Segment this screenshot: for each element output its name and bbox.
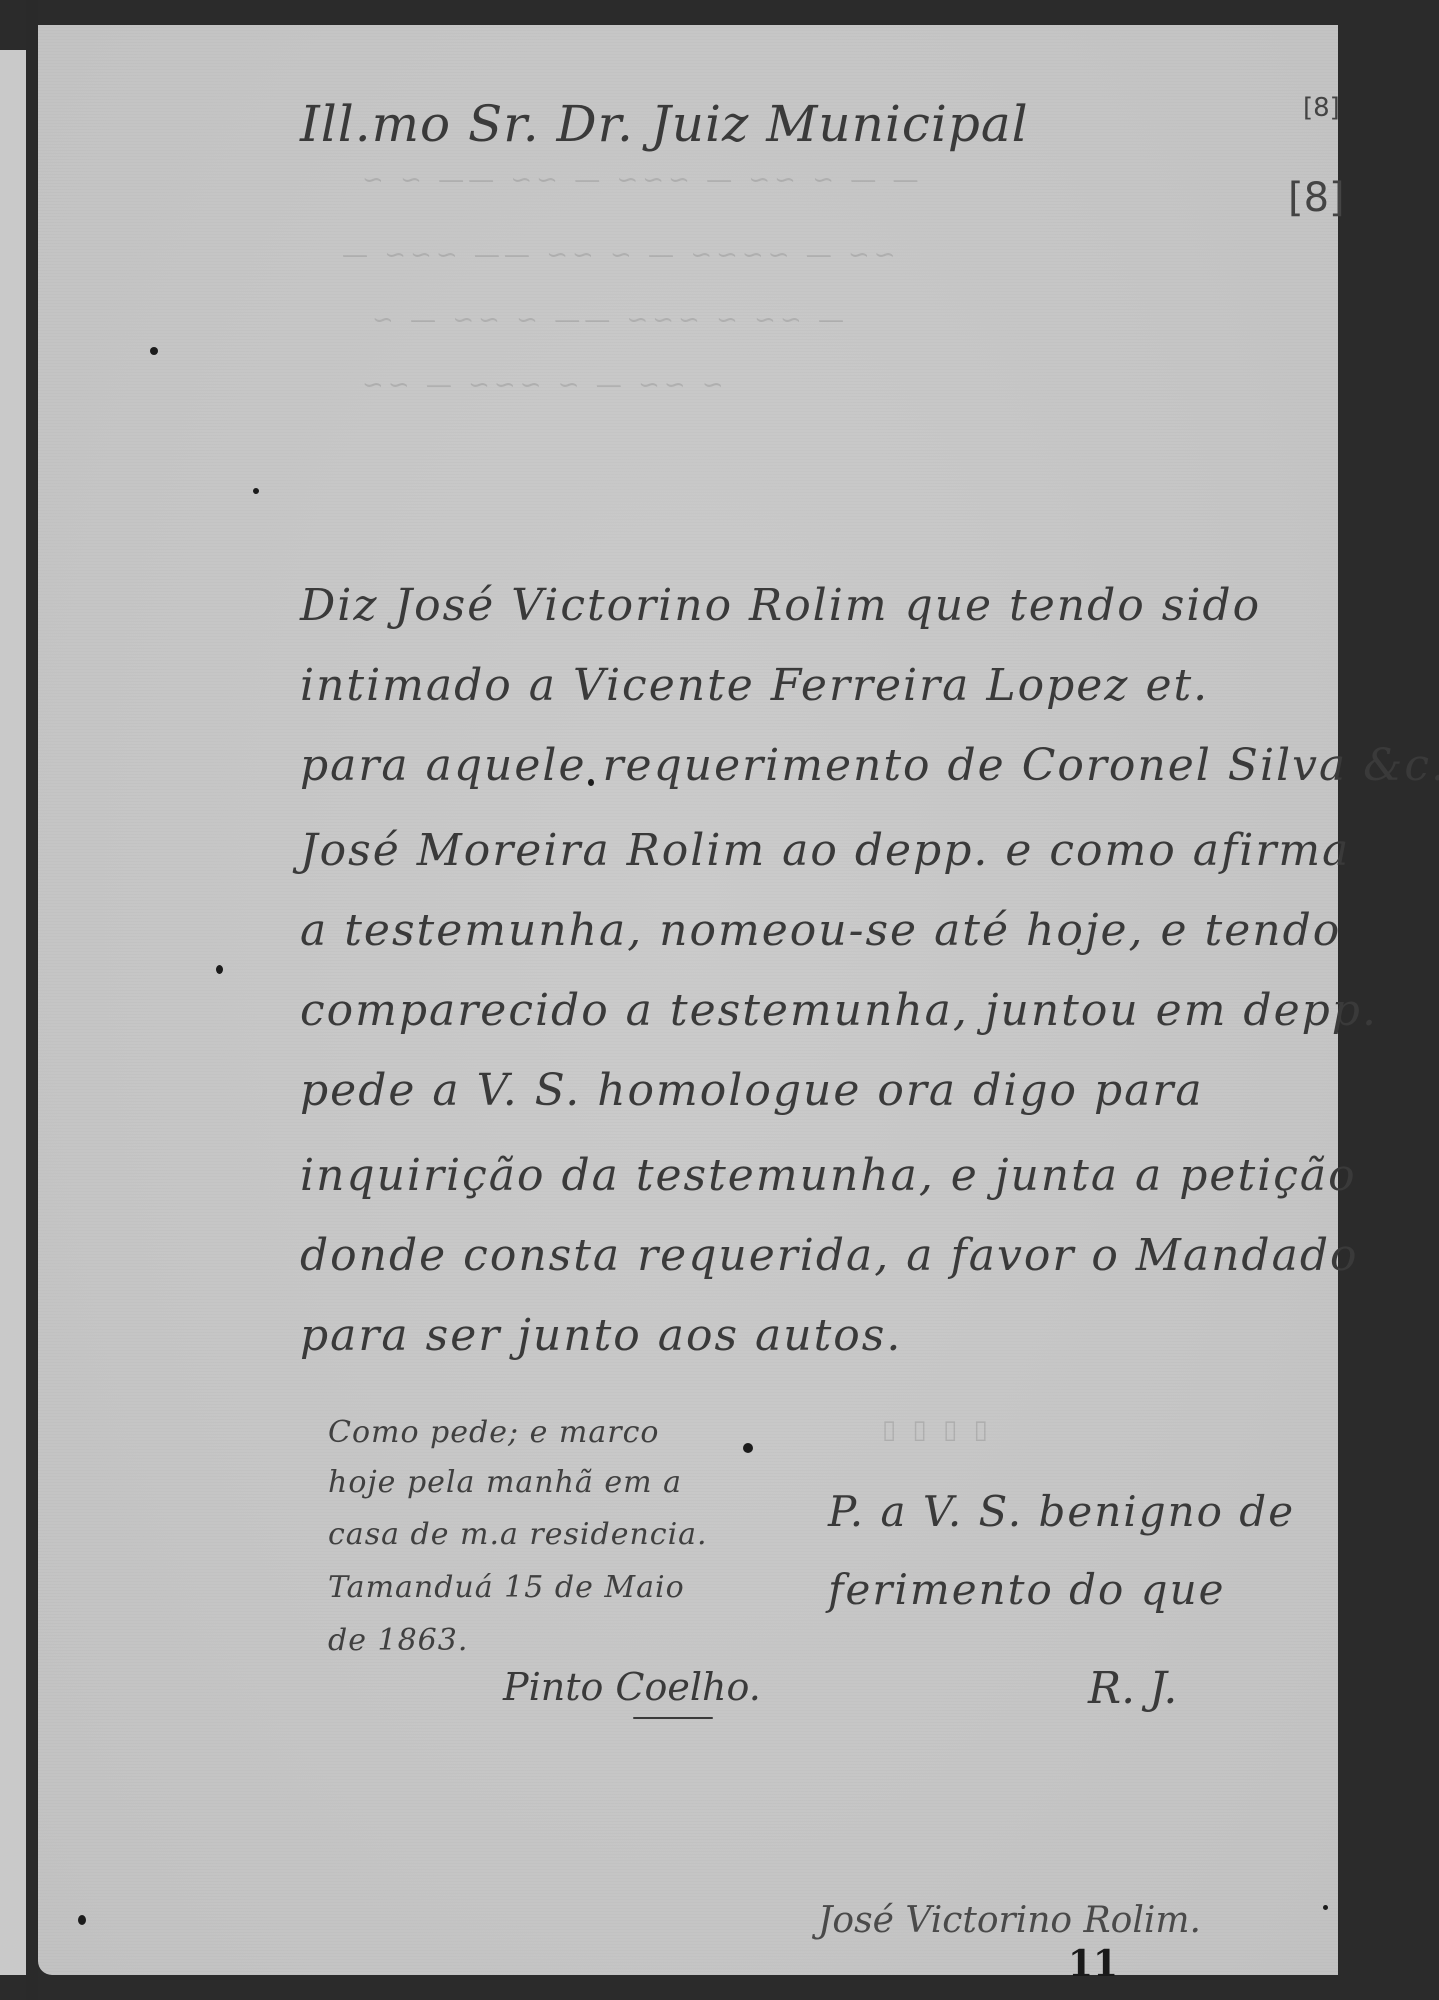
petition-line: comparecido a testemunha, juntou em depp… [300, 985, 1378, 1036]
petitioner-signature: José Victorino Rolim. [818, 1900, 1201, 1941]
page-mark: 11 [1068, 1943, 1118, 1985]
closing-abbreviation: R. J. [1088, 1663, 1177, 1714]
signature-underline [633, 1717, 713, 1719]
petition-line: José Moreira Rolim ao depp. e como afirm… [300, 825, 1350, 876]
ink-spot [216, 965, 223, 974]
bleed-through-text: — ~~ ~ ~~~ —— ~ ~~ — ~ [368, 305, 844, 335]
petition-line: para aquele requerimento de Coronel Silv… [300, 740, 1439, 791]
despacho-line: Como pede; e marco [328, 1415, 659, 1450]
manuscript-page: — — ~ ~~ — ~~~ — ~~ —— ~ ~ ~~ — ~~~~ — ~… [38, 25, 1338, 1975]
ink-spot [588, 779, 594, 786]
petition-line: a testemunha, nomeou-se até hoje, e tend… [300, 905, 1341, 956]
ink-spot [150, 347, 158, 355]
bleed-through-text: ▯ ▯ ▯ ▯ [878, 1415, 988, 1445]
despacho-line: casa de m.a residencia. [328, 1517, 708, 1552]
ink-spot [743, 1443, 753, 1453]
archive-page-marker: [8] [1303, 93, 1340, 123]
closing-line: P. a V. S. benigno de [828, 1487, 1295, 1536]
petition-line: para ser junto aos autos. [300, 1310, 902, 1361]
petition-line: intimado a Vicente Ferreira Lopez et. [300, 660, 1209, 711]
bleed-through-text: ~ ~~ — ~ ~~~ — ~~ [358, 370, 724, 400]
despacho-line: hoje pela manhã em a [328, 1465, 682, 1500]
ink-spot [253, 488, 259, 494]
bleed-through-text: — — ~ ~~ — ~~~ — ~~ —— ~ ~ [358, 165, 919, 195]
facing-page-edge [0, 50, 26, 1975]
closing-line: ferimento do que [828, 1565, 1225, 1614]
ink-spot [78, 1915, 86, 1925]
petition-line: Diz José Victorino Rolim que tendo sido [300, 580, 1261, 631]
archive-page-marker: [8] [1288, 175, 1345, 221]
petition-line: pede a V. S. homologue ora digo para [300, 1065, 1204, 1116]
salutation-heading: Ill.mo Sr. Dr. Juiz Municipal [300, 95, 1029, 153]
petition-line: inquirição da testemunha, e junta a peti… [300, 1150, 1357, 1201]
despacho-line: Tamanduá 15 de Maio [328, 1570, 685, 1605]
judge-signature: Pinto Coelho. [503, 1665, 761, 1709]
petition-line: donde consta requerida, a favor o Mandad… [300, 1230, 1359, 1281]
despacho-line: de 1863. [328, 1623, 468, 1658]
book-gutter [26, 0, 38, 2000]
ink-spot [1323, 1905, 1328, 1910]
bleed-through-text: ~~ — ~~~~ — ~ ~~ —— ~~~ — [338, 240, 896, 270]
